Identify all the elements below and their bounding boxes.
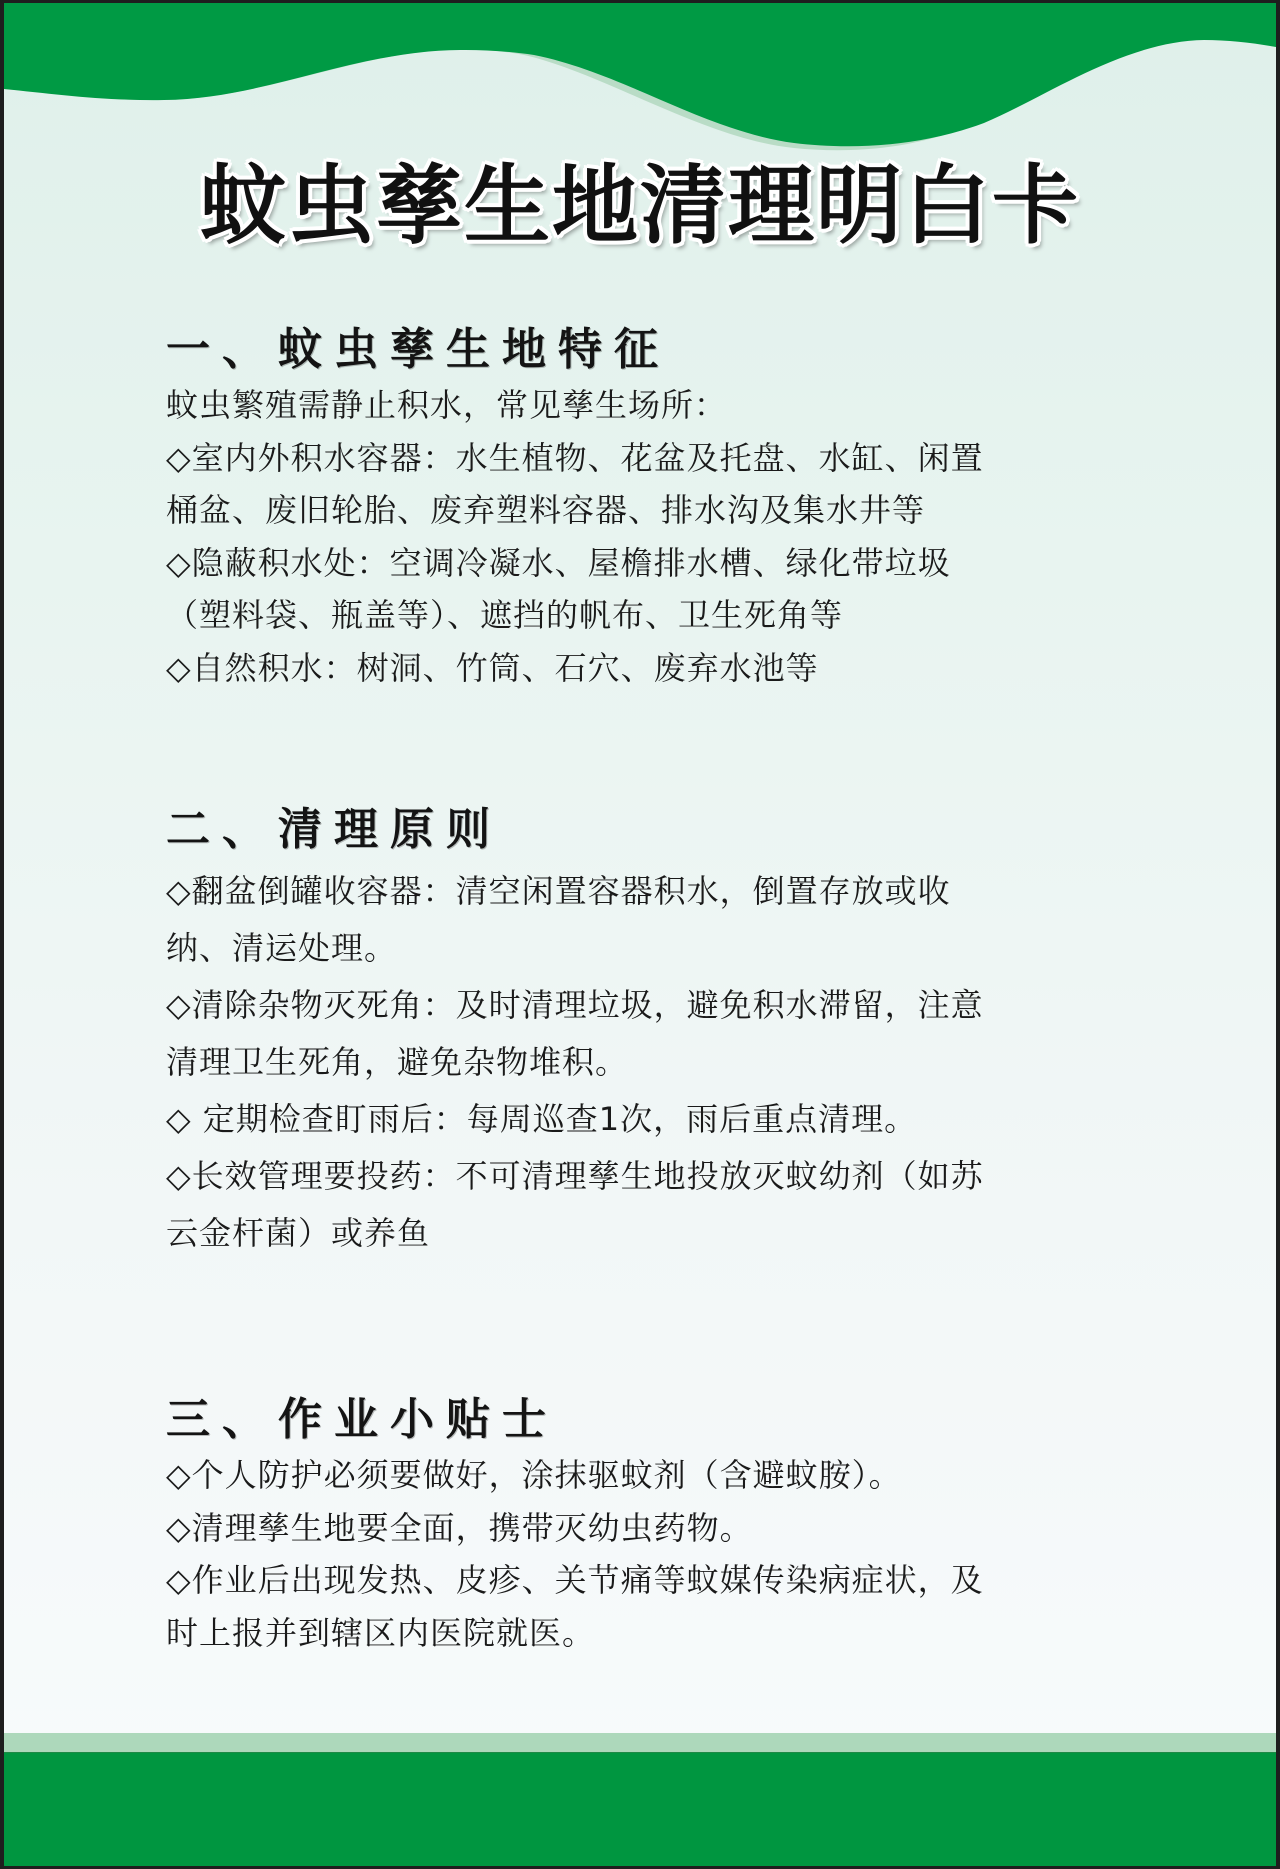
section-line: ◇长效管理要投药：不可清理孳生地投放灭蚊幼剂（如苏 bbox=[166, 1148, 1126, 1205]
section-line: ◇室内外积水容器：水生植物、花盆及托盘、水缸、闲置 bbox=[166, 432, 1126, 485]
section-line: ◇ 定期检查盯雨后：每周巡查1次，雨后重点清理。 bbox=[166, 1091, 1126, 1148]
section-line: ◇隐蔽积水处：空调冷凝水、屋檐排水槽、绿化带垃圾 bbox=[166, 537, 1126, 590]
section-line: ◇翻盆倒罐收容器：清空闲置容器积水，倒置存放或收 bbox=[166, 863, 1126, 920]
section-line: ◇作业后出现发热、皮疹、关节痛等蚊媒传染病症状，及 bbox=[166, 1554, 1126, 1607]
section-line: ◇清除杂物灭死角：及时清理垃圾，避免积水滞留，注意 bbox=[166, 977, 1126, 1034]
section-cleanup-principles: 二、清理原则 ◇翻盆倒罐收容器：清空闲置容器积水，倒置存放或收 纳、清运处理。 … bbox=[166, 801, 1126, 1262]
poster-card: 蚊虫孳生地清理明白卡 一、蚊虫孳生地特征 蚊虫繁殖需静止积水，常见孳生场所： ◇… bbox=[4, 3, 1276, 1866]
section-line: 云金杆菌）或养鱼 bbox=[166, 1205, 1126, 1262]
section-line: 蚊虫繁殖需静止积水，常见孳生场所： bbox=[166, 379, 1126, 432]
section-heading: 一、蚊虫孳生地特征 bbox=[166, 321, 1126, 379]
section-work-tips: 三、作业小贴士 ◇个人防护必须要做好，涂抹驱蚊剂（含避蚊胺）。 ◇清理孳生地要全… bbox=[166, 1391, 1126, 1659]
section-line: 纳、清运处理。 bbox=[166, 920, 1126, 977]
section-line: ◇个人防护必须要做好，涂抹驱蚊剂（含避蚊胺）。 bbox=[166, 1449, 1126, 1502]
section-line: ◇自然积水：树洞、竹筒、石穴、废弃水池等 bbox=[166, 642, 1126, 695]
section-heading: 三、作业小贴士 bbox=[166, 1391, 1126, 1449]
section-heading: 二、清理原则 bbox=[166, 801, 1126, 859]
section-line: 时上报并到辖区内医院就医。 bbox=[166, 1607, 1126, 1660]
section-line: ◇清理孳生地要全面，携带灭幼虫药物。 bbox=[166, 1502, 1126, 1555]
section-breeding-site-features: 一、蚊虫孳生地特征 蚊虫繁殖需静止积水，常见孳生场所： ◇室内外积水容器：水生植… bbox=[166, 321, 1126, 694]
footer-green-band bbox=[4, 1752, 1276, 1866]
footer-light-stripe bbox=[4, 1733, 1276, 1752]
page-title: 蚊虫孳生地清理明白卡 bbox=[4, 151, 1276, 261]
header-wave-decoration bbox=[4, 3, 1276, 163]
section-line: 桶盆、废旧轮胎、废弃塑料容器、排水沟及集水井等 bbox=[166, 484, 1126, 537]
section-line: 清理卫生死角，避免杂物堆积。 bbox=[166, 1034, 1126, 1091]
section-line: （塑料袋、瓶盖等）、遮挡的帆布、卫生死角等 bbox=[166, 589, 1126, 642]
